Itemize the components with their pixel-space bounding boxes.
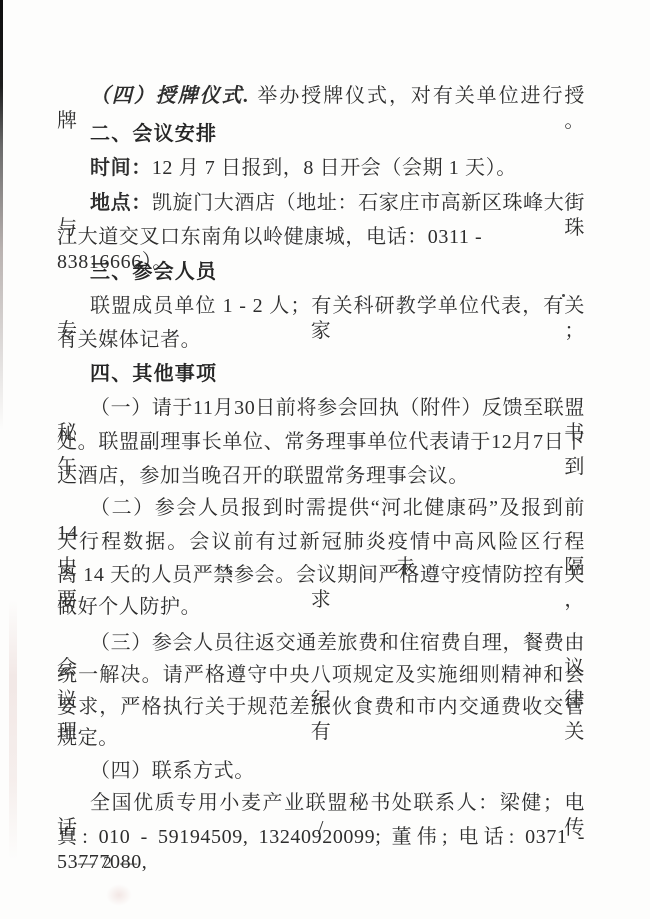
label-time: 时间：: [90, 157, 152, 179]
paragraph-participants-line2: 有关媒体记者。: [57, 328, 585, 353]
scan-artifact-edge-line: [0, 0, 3, 430]
bold-run: （四）授牌仪式.: [90, 85, 249, 107]
section-heading-meeting-arrangement: 二、会议安排: [57, 122, 585, 147]
label-location: 地点：: [90, 192, 152, 214]
text-run: 12 月 7 日报到，8 日开会（会期 1 天）。: [152, 157, 517, 179]
paragraph-item1-line3: 达酒店，参加当晚召开的联盟常务理事会议。: [57, 464, 585, 489]
document-page: （四）授牌仪式.举办授牌仪式，对有关单位进行授牌。 二、会议安排 时间：12 月…: [0, 0, 650, 919]
scan-artifact-smudge: [9, 600, 17, 860]
paragraph-item3-line4: 规定。: [57, 726, 585, 751]
section-heading-participants: 三、参会人员: [57, 260, 585, 285]
paragraph-item2-line4: 做好个人防护。: [57, 595, 585, 620]
section-heading-other-matters: 四、其他事项: [57, 362, 585, 387]
document-body: （四）授牌仪式.举办授牌仪式，对有关单位进行授牌。 二、会议安排 时间：12 月…: [57, 0, 585, 919]
paragraph-item4-contact: （四）联系方式。: [57, 759, 585, 784]
page-number: — 2 —: [78, 853, 139, 873]
paragraph-time: 时间：12 月 7 日报到，8 日开会（会期 1 天）。: [57, 156, 585, 181]
